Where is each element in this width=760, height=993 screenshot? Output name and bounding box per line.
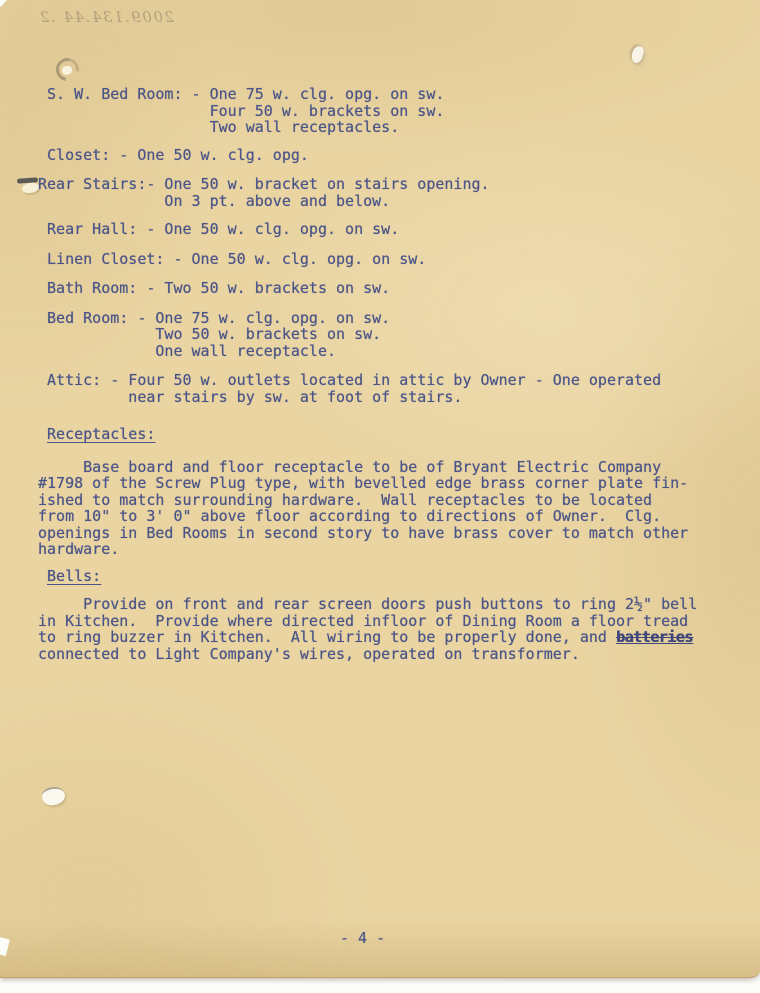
text-line: Linen Closet: - One 50 w. clg. opg. on s… [38, 251, 697, 268]
text-line: Bed Room: - One 75 w. clg. opg. on sw. [38, 310, 697, 327]
text-line: connected to Light Company's wires, oper… [38, 646, 697, 663]
text-line: On 3 pt. above and below. [38, 193, 697, 210]
document-page: 2009.134.44 .2 S. W. Bed Room: - One 75 … [0, 0, 760, 978]
section-heading-text: Bells: [47, 567, 101, 585]
text-line: Attic: - Four 50 w. outlets located in a… [38, 372, 697, 389]
text-line: Provide on front and rear screen doors p… [38, 596, 697, 613]
text-line: One wall receptacle. [38, 343, 697, 360]
text-line: Rear Hall: - One 50 w. clg. opg. on sw. [38, 221, 697, 238]
text-line: from 10" to 3' 0" above floor according … [38, 508, 697, 525]
text-line: near stairs by sw. at foot of stairs. [38, 389, 697, 406]
typewritten-text: S. W. Bed Room: - One 75 w. clg. opg. on… [38, 86, 697, 662]
section-heading-bells: Bells: [38, 568, 697, 585]
text-line: Two wall receptacles. [38, 119, 697, 136]
text-line: Bath Room: - Two 50 w. brackets on sw. [38, 280, 697, 297]
text-segment: to ring buzzer in Kitchen. All wiring to… [38, 628, 616, 646]
paper-hole-top-right [630, 45, 646, 65]
text-line: ished to match surrounding hardware. Wal… [38, 492, 697, 509]
text-line: openings in Bed Rooms in second story to… [38, 525, 697, 542]
text-line: Base board and floor receptacle to be of… [38, 459, 697, 476]
page-number: - 4 - [340, 929, 385, 947]
struck-out-word: batteries [616, 628, 693, 646]
pencil-inscription: 2009.134.44 .2 [14, 8, 174, 34]
section-heading-receptacles: Receptacles: [38, 426, 697, 443]
text-line: hardware. [38, 541, 697, 558]
text-segment [38, 567, 47, 585]
paper-hole-lower-left [40, 785, 66, 807]
section-heading-text: Receptacles: [47, 425, 155, 443]
text-line: S. W. Bed Room: - One 75 w. clg. opg. on… [38, 86, 697, 103]
text-line: Closet: - One 50 w. clg. opg. [38, 147, 697, 164]
line-with-strikeout: to ring buzzer in Kitchen. All wiring to… [38, 629, 697, 646]
text-line: #1798 of the Screw Plug type, with bevel… [38, 475, 697, 492]
text-line: Two 50 w. brackets on sw. [38, 326, 697, 343]
text-line: in Kitchen. Provide where directed inflo… [38, 613, 697, 630]
paper-chip-left-margin [21, 182, 39, 195]
text-line: Rear Stairs:- One 50 w. bracket on stair… [38, 176, 697, 193]
text-segment [38, 425, 47, 443]
text-line: Four 50 w. brackets on sw. [38, 103, 697, 120]
